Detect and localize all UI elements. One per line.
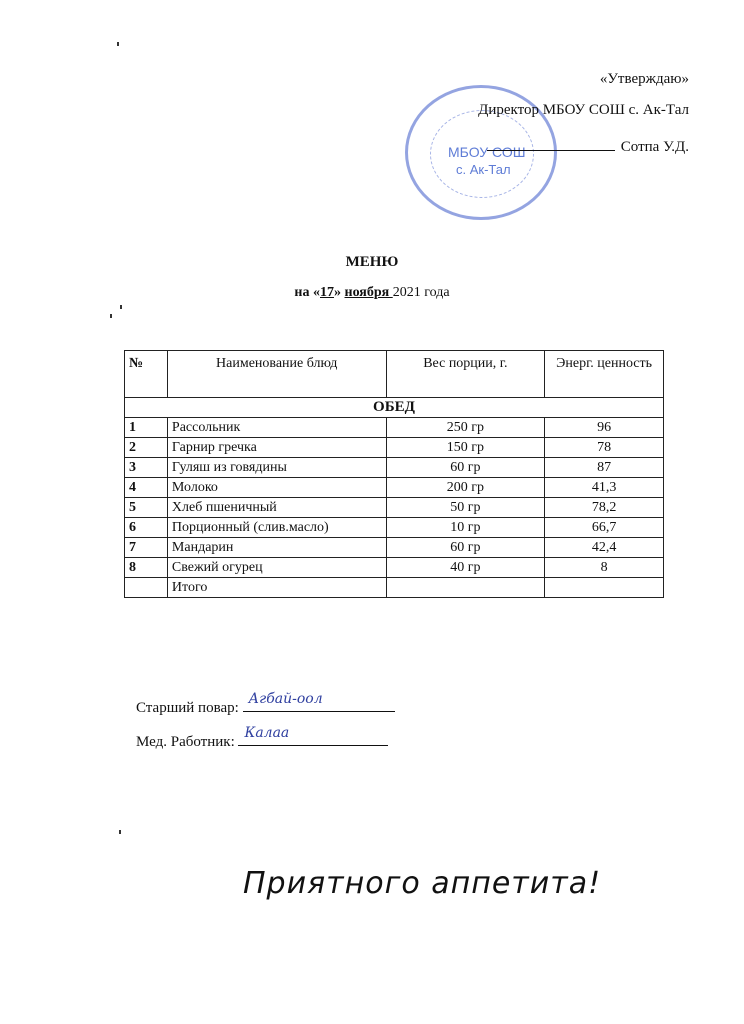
energy-value: 78 xyxy=(545,438,664,458)
table-row: 4Молоко200 гр41,3 xyxy=(125,478,664,498)
scan-speck xyxy=(120,305,122,309)
menu-table: № Наименование блюд Вес порции, г. Энерг… xyxy=(124,350,664,598)
energy-value: 78,2 xyxy=(545,498,664,518)
scan-speck xyxy=(117,42,119,46)
energy-value: 41,3 xyxy=(545,478,664,498)
date-mid: » xyxy=(334,285,345,300)
table-row: 2Гарнир гречка150 гр78 xyxy=(125,438,664,458)
medic-signature-row: Мед. Работник: Калаа xyxy=(136,731,388,751)
total-row: Итого xyxy=(125,578,664,598)
cook-signature-row: Старший повар: Агбай-оол xyxy=(136,697,395,717)
cook-label: Старший повар: xyxy=(136,700,239,716)
approval-position: Директор МБОУ СОШ с. Ак-Тал xyxy=(478,103,689,118)
row-number: 2 xyxy=(125,438,168,458)
portion-weight: 10 гр xyxy=(386,518,545,538)
energy-value: 8 xyxy=(545,558,664,578)
date-prefix: на « xyxy=(294,285,320,300)
row-number xyxy=(125,578,168,598)
table-row: 5Хлеб пшеничный50 гр78,2 xyxy=(125,498,664,518)
portion-weight: 200 гр xyxy=(386,478,545,498)
energy-value xyxy=(545,578,664,598)
portion-weight xyxy=(386,578,545,598)
dish-name: Гарнир гречка xyxy=(167,438,386,458)
dish-name: Итого xyxy=(167,578,386,598)
table-row: 3Гуляш из говядины60 гр87 xyxy=(125,458,664,478)
row-number: 4 xyxy=(125,478,168,498)
approval-heading: «Утверждаю» xyxy=(478,72,689,87)
closing-wish: Приятного аппетита! xyxy=(243,866,601,901)
col-number: № xyxy=(125,351,168,398)
director-signature-line xyxy=(487,138,615,151)
portion-weight: 250 гр xyxy=(386,418,545,438)
portion-weight: 150 гр xyxy=(386,438,545,458)
director-name: Сотпа У.Д. xyxy=(621,139,689,155)
scan-speck xyxy=(110,314,112,318)
portion-weight: 60 гр xyxy=(386,458,545,478)
row-number: 3 xyxy=(125,458,168,478)
date-day: 17 xyxy=(320,285,334,300)
approval-block: «Утверждаю» Директор МБОУ СОШ с. Ак-Тал … xyxy=(478,72,689,175)
table-header-row: № Наименование блюд Вес порции, г. Энерг… xyxy=(125,351,664,398)
portion-weight: 50 гр xyxy=(386,498,545,518)
table-row: 7Мандарин60 гр42,4 xyxy=(125,538,664,558)
cook-signature: Агбай-оол xyxy=(249,691,323,707)
energy-value: 87 xyxy=(545,458,664,478)
row-number: 8 xyxy=(125,558,168,578)
date-year: 2021 года xyxy=(393,285,450,300)
section-lunch: ОБЕД xyxy=(125,398,664,418)
dish-name: Гуляш из говядины xyxy=(167,458,386,478)
menu-date: на «17» ноября 2021 года xyxy=(0,285,744,301)
col-dish-name: Наименование блюд xyxy=(167,351,386,398)
row-number: 5 xyxy=(125,498,168,518)
dish-name: Рассольник xyxy=(167,418,386,438)
table-row: 6Порционный (слив.масло)10 гр66,7 xyxy=(125,518,664,538)
dish-name: Свежий огурец xyxy=(167,558,386,578)
energy-value: 42,4 xyxy=(545,538,664,558)
medic-signature: Калаа xyxy=(244,725,289,741)
dish-name: Хлеб пшеничный xyxy=(167,498,386,518)
col-energy: Энерг. ценность xyxy=(545,351,664,398)
date-month: ноября xyxy=(345,285,393,300)
scan-speck xyxy=(119,830,121,834)
row-number: 1 xyxy=(125,418,168,438)
medic-label: Мед. Работник: xyxy=(136,734,235,750)
dish-name: Мандарин xyxy=(167,538,386,558)
row-number: 6 xyxy=(125,518,168,538)
energy-value: 66,7 xyxy=(545,518,664,538)
page-title: МЕНЮ xyxy=(0,254,744,271)
dish-name: Молоко xyxy=(167,478,386,498)
row-number: 7 xyxy=(125,538,168,558)
energy-value: 96 xyxy=(545,418,664,438)
table-row: 8Свежий огурец40 гр8 xyxy=(125,558,664,578)
dish-name: Порционный (слив.масло) xyxy=(167,518,386,538)
portion-weight: 40 гр xyxy=(386,558,545,578)
col-portion-weight: Вес порции, г. xyxy=(386,351,545,398)
portion-weight: 60 гр xyxy=(386,538,545,558)
table-row: 1Рассольник250 гр96 xyxy=(125,418,664,438)
